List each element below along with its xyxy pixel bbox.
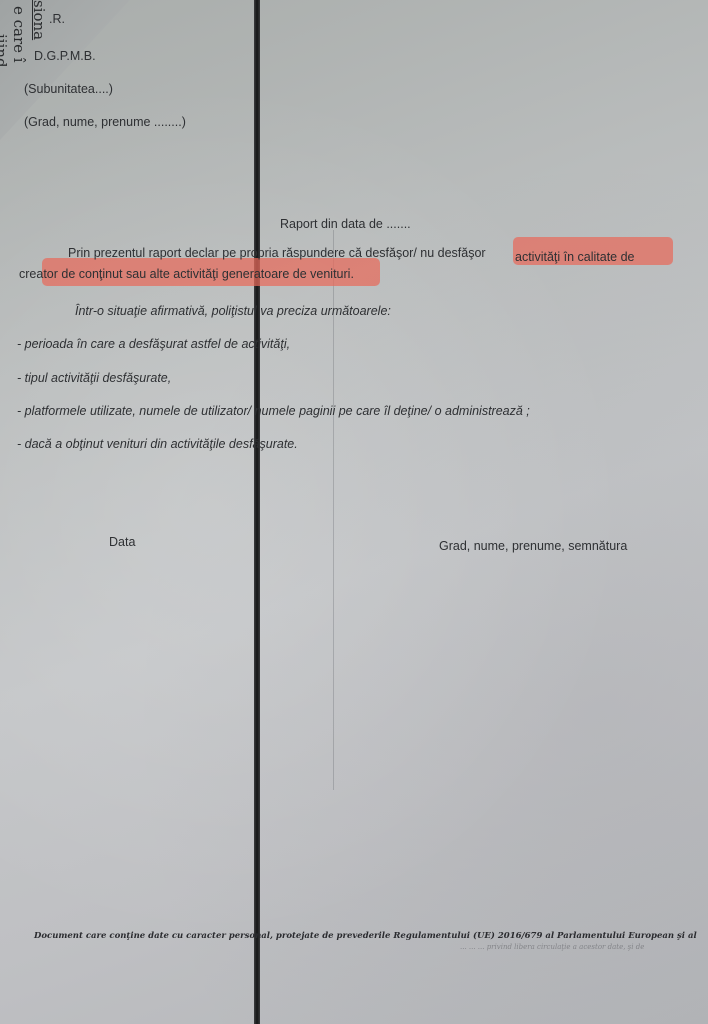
header-unit-line-1: .R.: [49, 12, 65, 26]
declaration-line-2: creator de conţinut sau alte activităţi …: [19, 267, 354, 281]
instruction-item: - platformele utilizate, numele de utili…: [17, 404, 530, 418]
instructions-intro: Într-o situaţie afirmativă, poliţistul v…: [75, 304, 391, 318]
header-subunit: (Subunitatea....): [24, 82, 113, 96]
instruction-item: - dacă a obţinut venituri din activităţi…: [17, 437, 298, 451]
signature-label: Grad, nume, prenume, semnătura: [439, 539, 627, 553]
report-title: Raport din data de .......: [280, 217, 411, 231]
footer-privacy-notice: Document care conţine date cu caracter p…: [34, 931, 697, 941]
footer-privacy-notice-cutoff: ... ... ... privind libera circulaţie a …: [460, 943, 644, 951]
vertical-fold-line: [254, 0, 260, 1024]
corner-text-1: siona: [30, 0, 48, 40]
instruction-item: - tipul activităţii desfăşurate,: [17, 371, 171, 385]
declaration-highlight-1: activităţi în calitate de: [515, 250, 635, 264]
corner-text-3: iiind: [0, 34, 10, 68]
header-unit-line-2: D.G.P.M.B.: [34, 49, 96, 63]
corner-text-2: e care î: [10, 6, 28, 63]
header-person: (Grad, nume, prenume ........): [24, 115, 186, 129]
paper-background: [0, 0, 708, 1024]
instruction-item: - perioada în care a desfăşurat astfel d…: [17, 337, 290, 351]
date-label: Data: [109, 535, 135, 549]
declaration-line-1: Prin prezentul raport declar pe propria …: [68, 246, 486, 260]
